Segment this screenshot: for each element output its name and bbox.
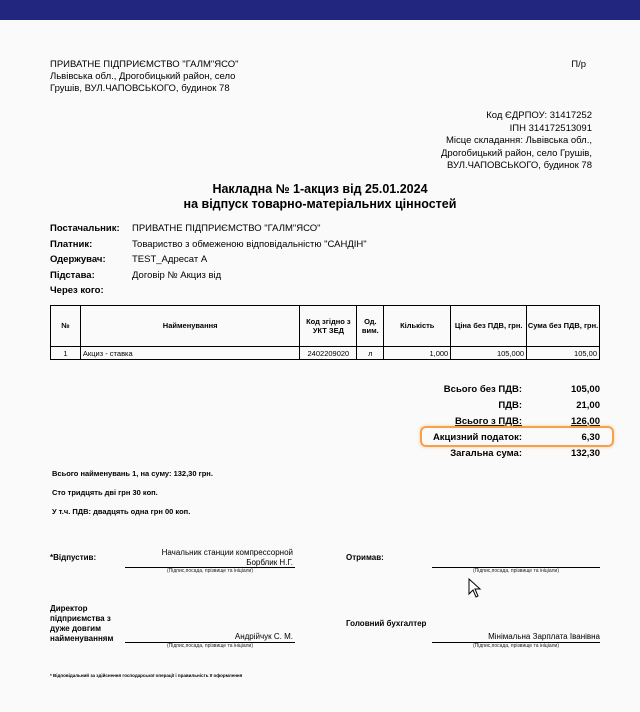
total-label: Всього без ПДВ: [410,384,522,395]
table-header-row: № Найменування Код згідно з УКТ ЗЕД Од. … [51,306,600,347]
col-uktzed: Код згідно з УКТ ЗЕД [300,306,357,347]
party-label: Через кого: [50,285,132,296]
col-quantity: Кількість [384,306,451,347]
total-label: ПДВ: [410,400,522,411]
total-value: 21,00 [522,400,600,411]
party-recipient: Одержувач:TEST_Адресат А [50,252,367,268]
place-line2: Дрогобицький район, село Грушів, [441,148,592,161]
excise-highlight-box [420,426,614,447]
requisites-block: Код ЄДРПОУ: 31417252 ІПН 314172513091 Мі… [441,110,592,173]
released-caption: (Підпис,посада, прізвище та ініціали) [125,568,295,574]
total-without-vat: Всього без ПДВ:105,00 [410,381,600,397]
party-label: Постачальник: [50,223,132,234]
items-table: № Найменування Код згідно з УКТ ЗЕД Од. … [50,305,600,360]
total-label: Всього з ПДВ: [410,416,522,427]
party-basis: Підстава:Договір № Акциз від [50,268,367,284]
released-signer: Начальник станции компрессорной Борблик … [125,548,293,568]
total-value: 126,00 [522,416,600,427]
place-line1: Місце складання: Львівська обл., [441,135,592,148]
document-title: Накладна № 1-акциз від 25.01.2024 на від… [0,182,640,212]
cell-price: 105,000 [451,347,527,360]
seller-name: ПРИВАТНЕ ПІДПРИЄМСТВО "ГАЛМ"ЯСО" [50,59,239,71]
totals-block: Всього без ПДВ:105,00 ПДВ:21,00 Всього з… [410,381,600,461]
cell-number: 1 [51,347,81,360]
party-via: Через кого: [50,283,367,299]
total-value: 105,00 [522,384,600,395]
party-value: ПРИВАТНЕ ПІДПРИЄМСТВО "ГАЛМ"ЯСО" [132,223,321,234]
mouse-cursor-icon [468,578,482,598]
director-label: Директор підприємства з дуже довгим найм… [50,604,128,644]
total-vat: ПДВ:21,00 [410,397,600,413]
director-name: Андрійчук С. М. [125,632,293,642]
party-payer: Платник:Товариство з обмеженою відповіда… [50,237,367,253]
accountant-label: Головний бухгалтер [346,619,426,628]
released-label: *Відпустив: [50,553,96,562]
seller-address-line1: Львівська обл., Дрогобицький район, село [50,71,239,83]
seller-address-line2: Грушів, ВУЛ.ЧАПОВСЬКОГО, будинок 78 [50,83,239,95]
summary-block: Всього найменувань 1, на суму: 132,30 гр… [52,464,213,521]
title-line2: на відпуск товарно-матеріальних цінносте… [0,197,640,212]
party-label: Одержувач: [50,254,132,265]
vat-in-words: У т.ч. ПДВ: двадцять одна грн 00 коп. [52,502,213,521]
col-sum: Сума без ПДВ, грн. [527,306,600,347]
items-count-line: Всього найменувань 1, на суму: 132,30 гр… [52,464,213,483]
party-value: TEST_Адресат А [132,254,207,265]
col-price: Ціна без ПДВ, грн. [451,306,527,347]
sum-in-words: Сто тридцять дві грн 30 коп. [52,483,213,502]
total-label: Загальна сума: [410,448,522,459]
title-line1: Накладна № 1-акциз від 25.01.2024 [0,182,640,197]
col-name: Найменування [80,306,299,347]
col-unit: Од. вим. [357,306,384,347]
released-position: Начальник станции компрессорной [125,548,293,558]
cell-uktzed: 2402209020 [300,347,357,360]
total-value: 132,30 [522,448,600,459]
accountant-caption: (Підпис,посада, прізвище та ініціали) [432,643,600,649]
cell-name: Акциз - ставка [80,347,299,360]
accountant-name: Мінімальна Зарплата Іванівна [432,632,600,642]
cell-quantity: 1,000 [384,347,451,360]
table-row: 1 Акциз - ставка 2402209020 л 1,000 105,… [51,347,600,360]
col-number: № [51,306,81,347]
document-page: ПРИВАТНЕ ПІДПРИЄМСТВО "ГАЛМ"ЯСО" Львівсь… [0,0,632,712]
party-label: Підстава: [50,270,132,281]
seller-block: ПРИВАТНЕ ПІДПРИЄМСТВО "ГАЛМ"ЯСО" Львівсь… [50,59,239,95]
parties-block: Постачальник:ПРИВАТНЕ ПІДПРИЄМСТВО "ГАЛМ… [50,221,367,299]
director-caption: (Підпис,посада, прізвище та ініціали) [125,643,295,649]
ipn-code: ІПН 314172513091 [441,123,592,136]
received-caption: (Підпис,посада, прізвище та ініціали) [432,568,600,574]
received-label: Отримав: [346,553,384,562]
place-line3: ВУЛ.ЧАПОВСЬКОГО, будинок 78 [441,160,592,173]
party-value: Товариство з обмеженою відповідальністю … [132,239,367,250]
party-value: Договір № Акциз від [132,270,221,281]
party-supplier: Постачальник:ПРИВАТНЕ ПІДПРИЄМСТВО "ГАЛМ… [50,221,367,237]
edrpou-code: Код ЄДРПОУ: 31417252 [441,110,592,123]
party-label: Платник: [50,239,132,250]
cell-sum: 105,00 [527,347,600,360]
footnote: * Відповідальний за здійснення господарс… [50,673,242,678]
account-label: П/р [571,59,586,70]
cell-unit: л [357,347,384,360]
total-grand: Загальна сума:132,30 [410,445,600,461]
